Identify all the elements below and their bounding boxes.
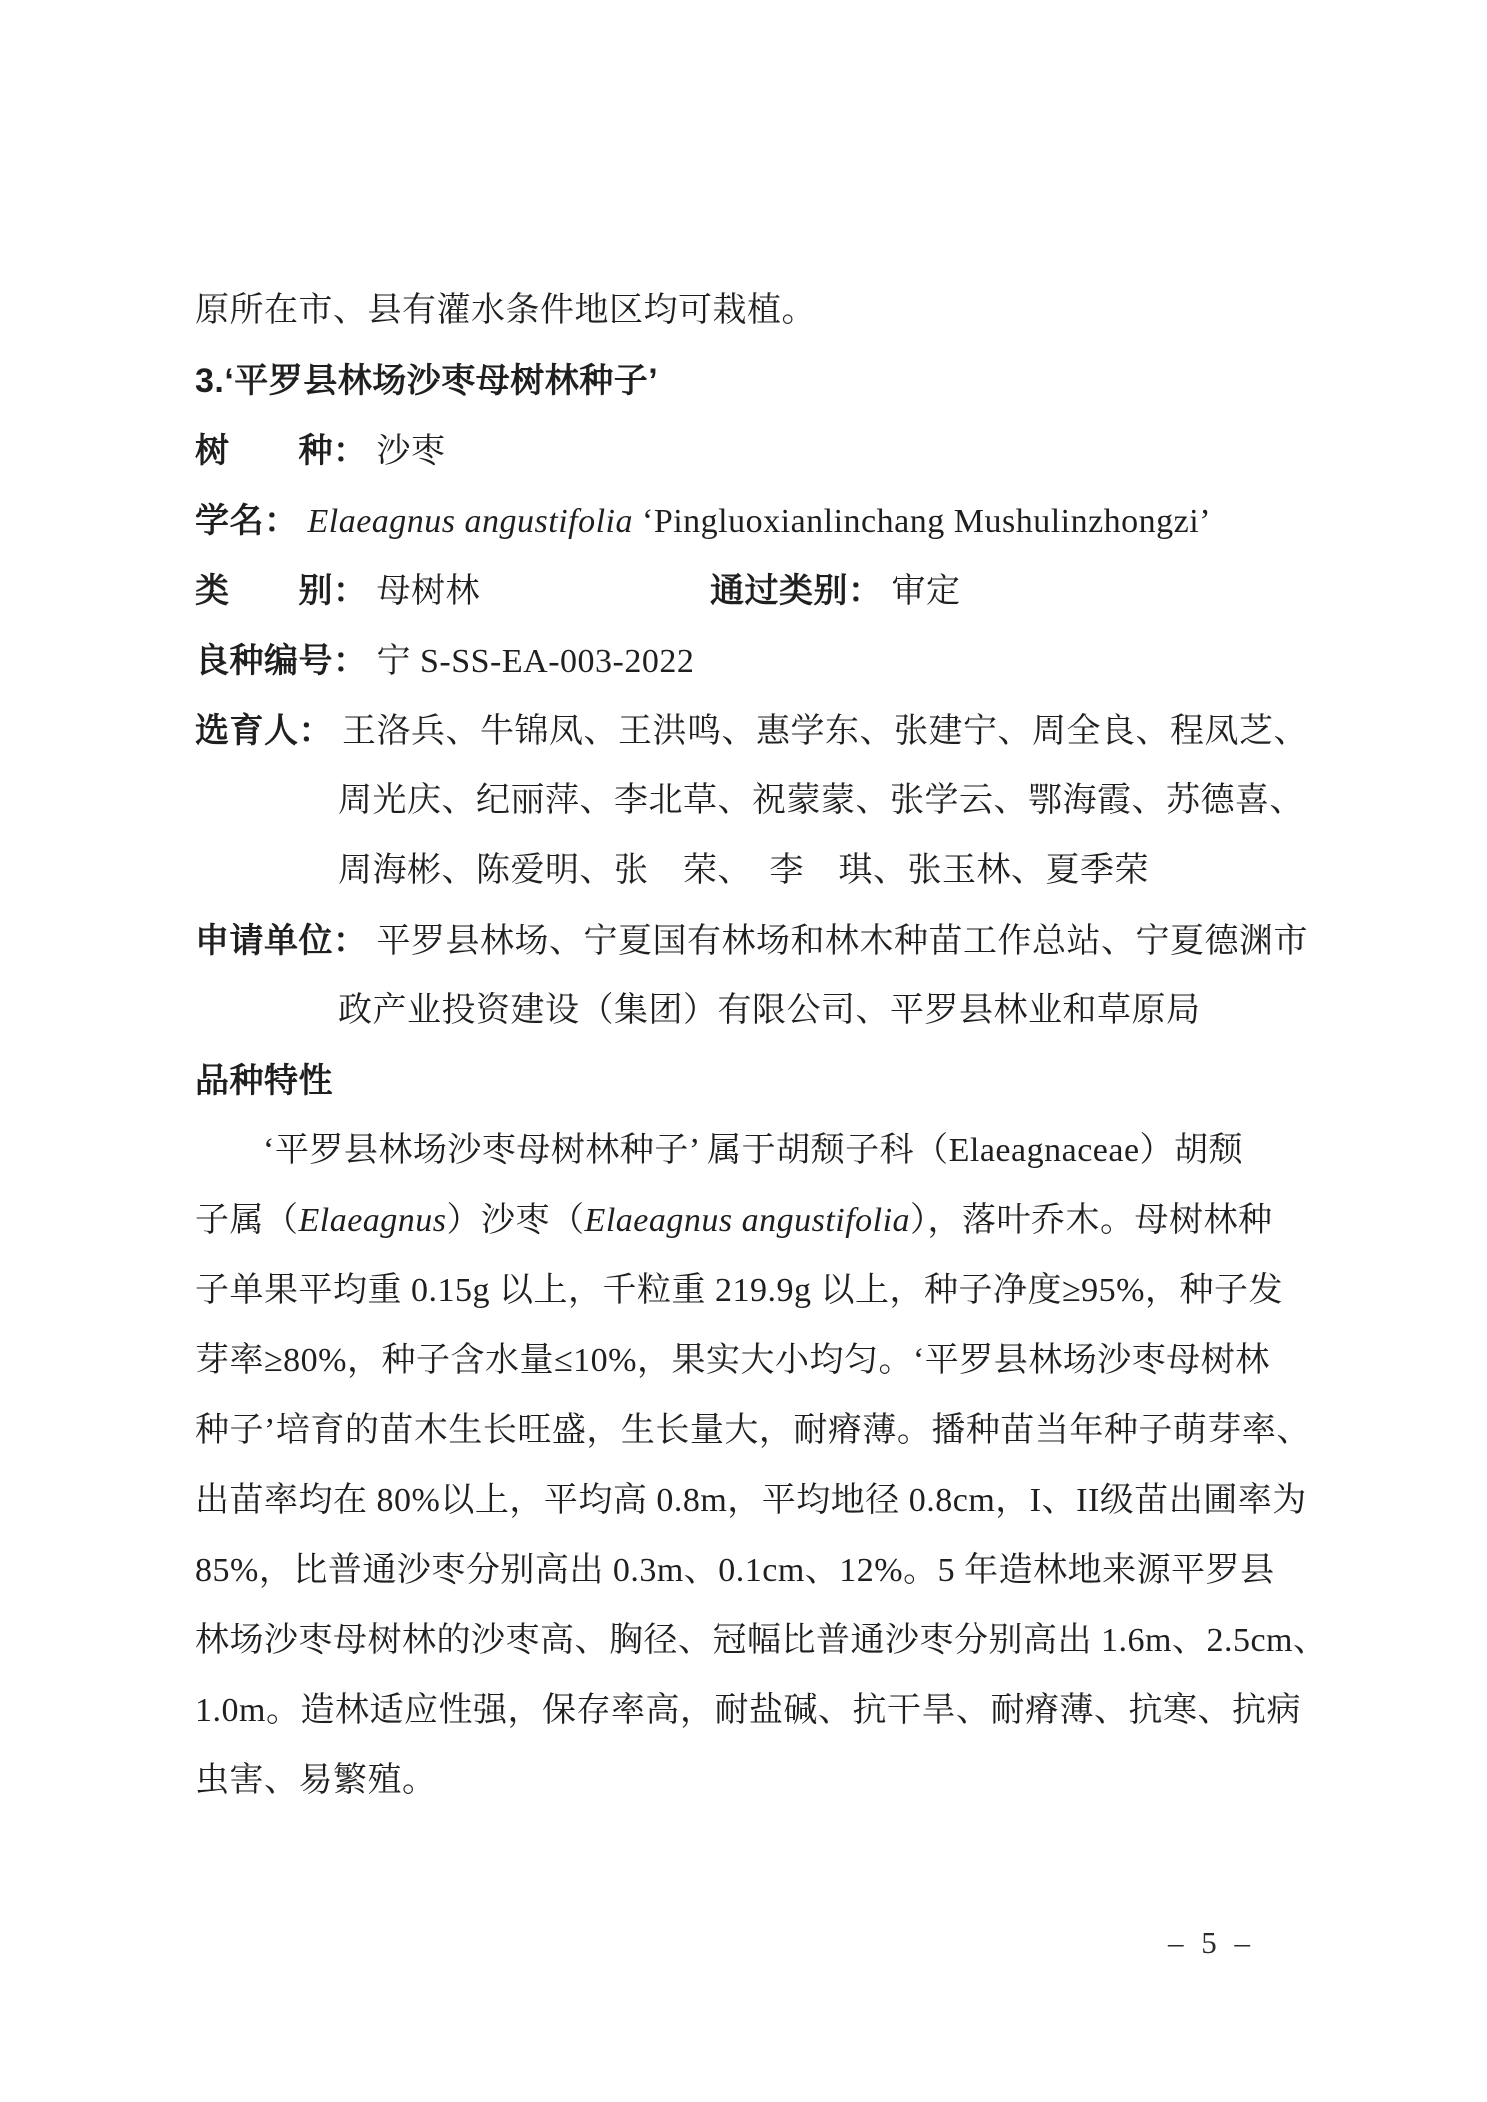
traits-line: 1.0m。造林适应性强，保存率高，耐盐碱、抗干旱、耐瘠薄、抗寒、抗病 [195,1676,1300,1746]
traits-heading-text: 品种特性 [195,1062,333,1100]
field-category: 类 别：母树林通过类别：审定 [195,556,1300,626]
scientific-name-label: 学名： [195,502,299,540]
traits-text: ‘平罗县林场沙枣母树林种子’ 属于胡颓子科（Elaeagnaceae）胡颓 [263,1132,1243,1169]
traits-text: 芽率≥80%，种子含水量≤10%，果实大小均匀。‘平罗县林场沙枣母树林 [195,1342,1270,1379]
breeders-continuation: 周海彬、陈爱明、张 荣、 李 琪、张玉林、夏季荣 [195,836,1300,906]
field-breeders: 选育人：王洛兵、牛锦凤、王洪鸣、惠学东、张建宁、周全良、程凤芝、 [195,696,1300,766]
scientific-name-latin: Elaeagnus angustifolia [308,503,634,540]
approval-category-label: 通过类别： [710,572,883,610]
tree-species-value: 沙枣 [377,433,446,470]
document-content: 原所在市、县有灌水条件地区均可栽植。 3.‘平罗县林场沙枣母树林种子’ 树 种：… [195,276,1300,1816]
traits-text: 1.0m。造林适应性强，保存率高，耐盐碱、抗干旱、耐瘠薄、抗寒、抗病 [195,1692,1301,1729]
applicant-line-1: 平罗县林场、宁夏国有林场和林木种苗工作总站、宁夏德渊市 [377,923,1309,960]
breeders-line-2: 周光庆、纪丽萍、李北草、祝蒙蒙、张学云、鄂海霞、苏德喜、 [338,782,1304,819]
breeders-label: 选育人： [195,712,333,750]
traits-line: 林场沙枣母树林的沙枣高、胸径、冠幅比普通沙枣分别高出 1.6m、2.5cm、 [195,1606,1300,1676]
tree-species-label: 树 种： [195,432,368,470]
traits-species-italic: Elaeagnus angustifolia [585,1202,911,1239]
category-label: 类 别： [195,572,368,610]
traits-text: 出苗率均在 80%以上，平均高 0.8m，平均地径 0.8cm，I、II级苗出圃… [195,1482,1307,1519]
breeders-line-3: 周海彬、陈爱明、张 荣、 李 琪、张玉林、夏季荣 [338,852,1149,889]
traits-text: ）沙枣（ [447,1202,585,1239]
traits-line: 85%，比普通沙枣分别高出 0.3m、0.1cm、12%。5 年造林地来源平罗县 [195,1536,1300,1606]
document-page: 原所在市、县有灌水条件地区均可栽植。 3.‘平罗县林场沙枣母树林种子’ 树 种：… [0,0,1487,2102]
traits-line: 子单果平均重 0.15g 以上，千粒重 219.9g 以上，种子净度≥95%，种… [195,1256,1300,1326]
variety-code-label: 良种编号： [195,642,368,680]
page-number-text: – 5 – [1168,1925,1255,1960]
section-heading: 3.‘平罗县林场沙枣母树林种子’ [195,346,1300,416]
traits-genus-italic: Elaeagnus [299,1202,447,1239]
traits-heading: 品种特性 [195,1046,1300,1116]
traits-text: 林场沙枣母树林的沙枣高、胸径、冠幅比普通沙枣分别高出 1.6m、2.5cm、 [195,1622,1327,1659]
traits-line: 芽率≥80%，种子含水量≤10%，果实大小均匀。‘平罗县林场沙枣母树林 [195,1326,1300,1396]
traits-text: 子属（ [195,1202,299,1239]
page-number: – 5 – [1168,1908,1255,1978]
traits-text: 虫害、易繁殖。 [195,1762,437,1799]
traits-text: ），落叶乔木。母树林种 [910,1202,1273,1239]
traits-line: 出苗率均在 80%以上，平均高 0.8m，平均地径 0.8cm，I、II级苗出圃… [195,1466,1300,1536]
traits-text: 种子’培育的苗木生长旺盛，生长量大，耐瘠薄。播种苗当年种子萌芽率、 [195,1412,1311,1449]
category-value: 母树林 [377,573,481,610]
traits-line: ‘平罗县林场沙枣母树林种子’ 属于胡颓子科（Elaeagnaceae）胡颓 [195,1116,1300,1186]
approval-category-value: 审定 [892,573,961,610]
breeders-line-1: 王洛兵、牛锦凤、王洪鸣、惠学东、张建宁、周全良、程凤芝、 [342,713,1308,750]
traits-line: 种子’培育的苗木生长旺盛，生长量大，耐瘠薄。播种苗当年种子萌芽率、 [195,1396,1300,1466]
section-heading-text: 3.‘平罗县林场沙枣母树林种子’ [195,362,658,400]
applicant-continuation: 政产业投资建设（集团）有限公司、平罗县林业和草原局 [195,976,1300,1046]
traits-line: 子属（Elaeagnus）沙枣（Elaeagnus angustifolia），… [195,1186,1300,1256]
scientific-name-cultivar: ‘Pingluoxianlinchang Mushulinzhongzi’ [642,503,1211,540]
traits-text: 子单果平均重 0.15g 以上，千粒重 219.9g 以上，种子净度≥95%，种… [195,1272,1283,1309]
field-applicant: 申请单位：平罗县林场、宁夏国有林场和林木种苗工作总站、宁夏德渊市 [195,906,1300,976]
intro-paragraph-text: 原所在市、县有灌水条件地区均可栽植。 [195,292,816,329]
field-variety-code: 良种编号：宁 S-SS-EA-003-2022 [195,626,1300,696]
traits-text: 85%，比普通沙枣分别高出 0.3m、0.1cm、12%。5 年造林地来源平罗县 [195,1552,1275,1589]
breeders-continuation: 周光庆、纪丽萍、李北草、祝蒙蒙、张学云、鄂海霞、苏德喜、 [195,766,1300,836]
field-tree-species: 树 种：沙枣 [195,416,1300,486]
applicant-line-2: 政产业投资建设（集团）有限公司、平罗县林业和草原局 [338,992,1201,1029]
field-scientific-name: 学名：Elaeagnus angustifolia‘Pingluoxianlin… [195,486,1300,556]
intro-paragraph: 原所在市、县有灌水条件地区均可栽植。 [195,276,1300,346]
applicant-label: 申请单位： [195,922,368,960]
traits-line: 虫害、易繁殖。 [195,1746,1300,1816]
variety-code-value: 宁 S-SS-EA-003-2022 [377,643,695,680]
